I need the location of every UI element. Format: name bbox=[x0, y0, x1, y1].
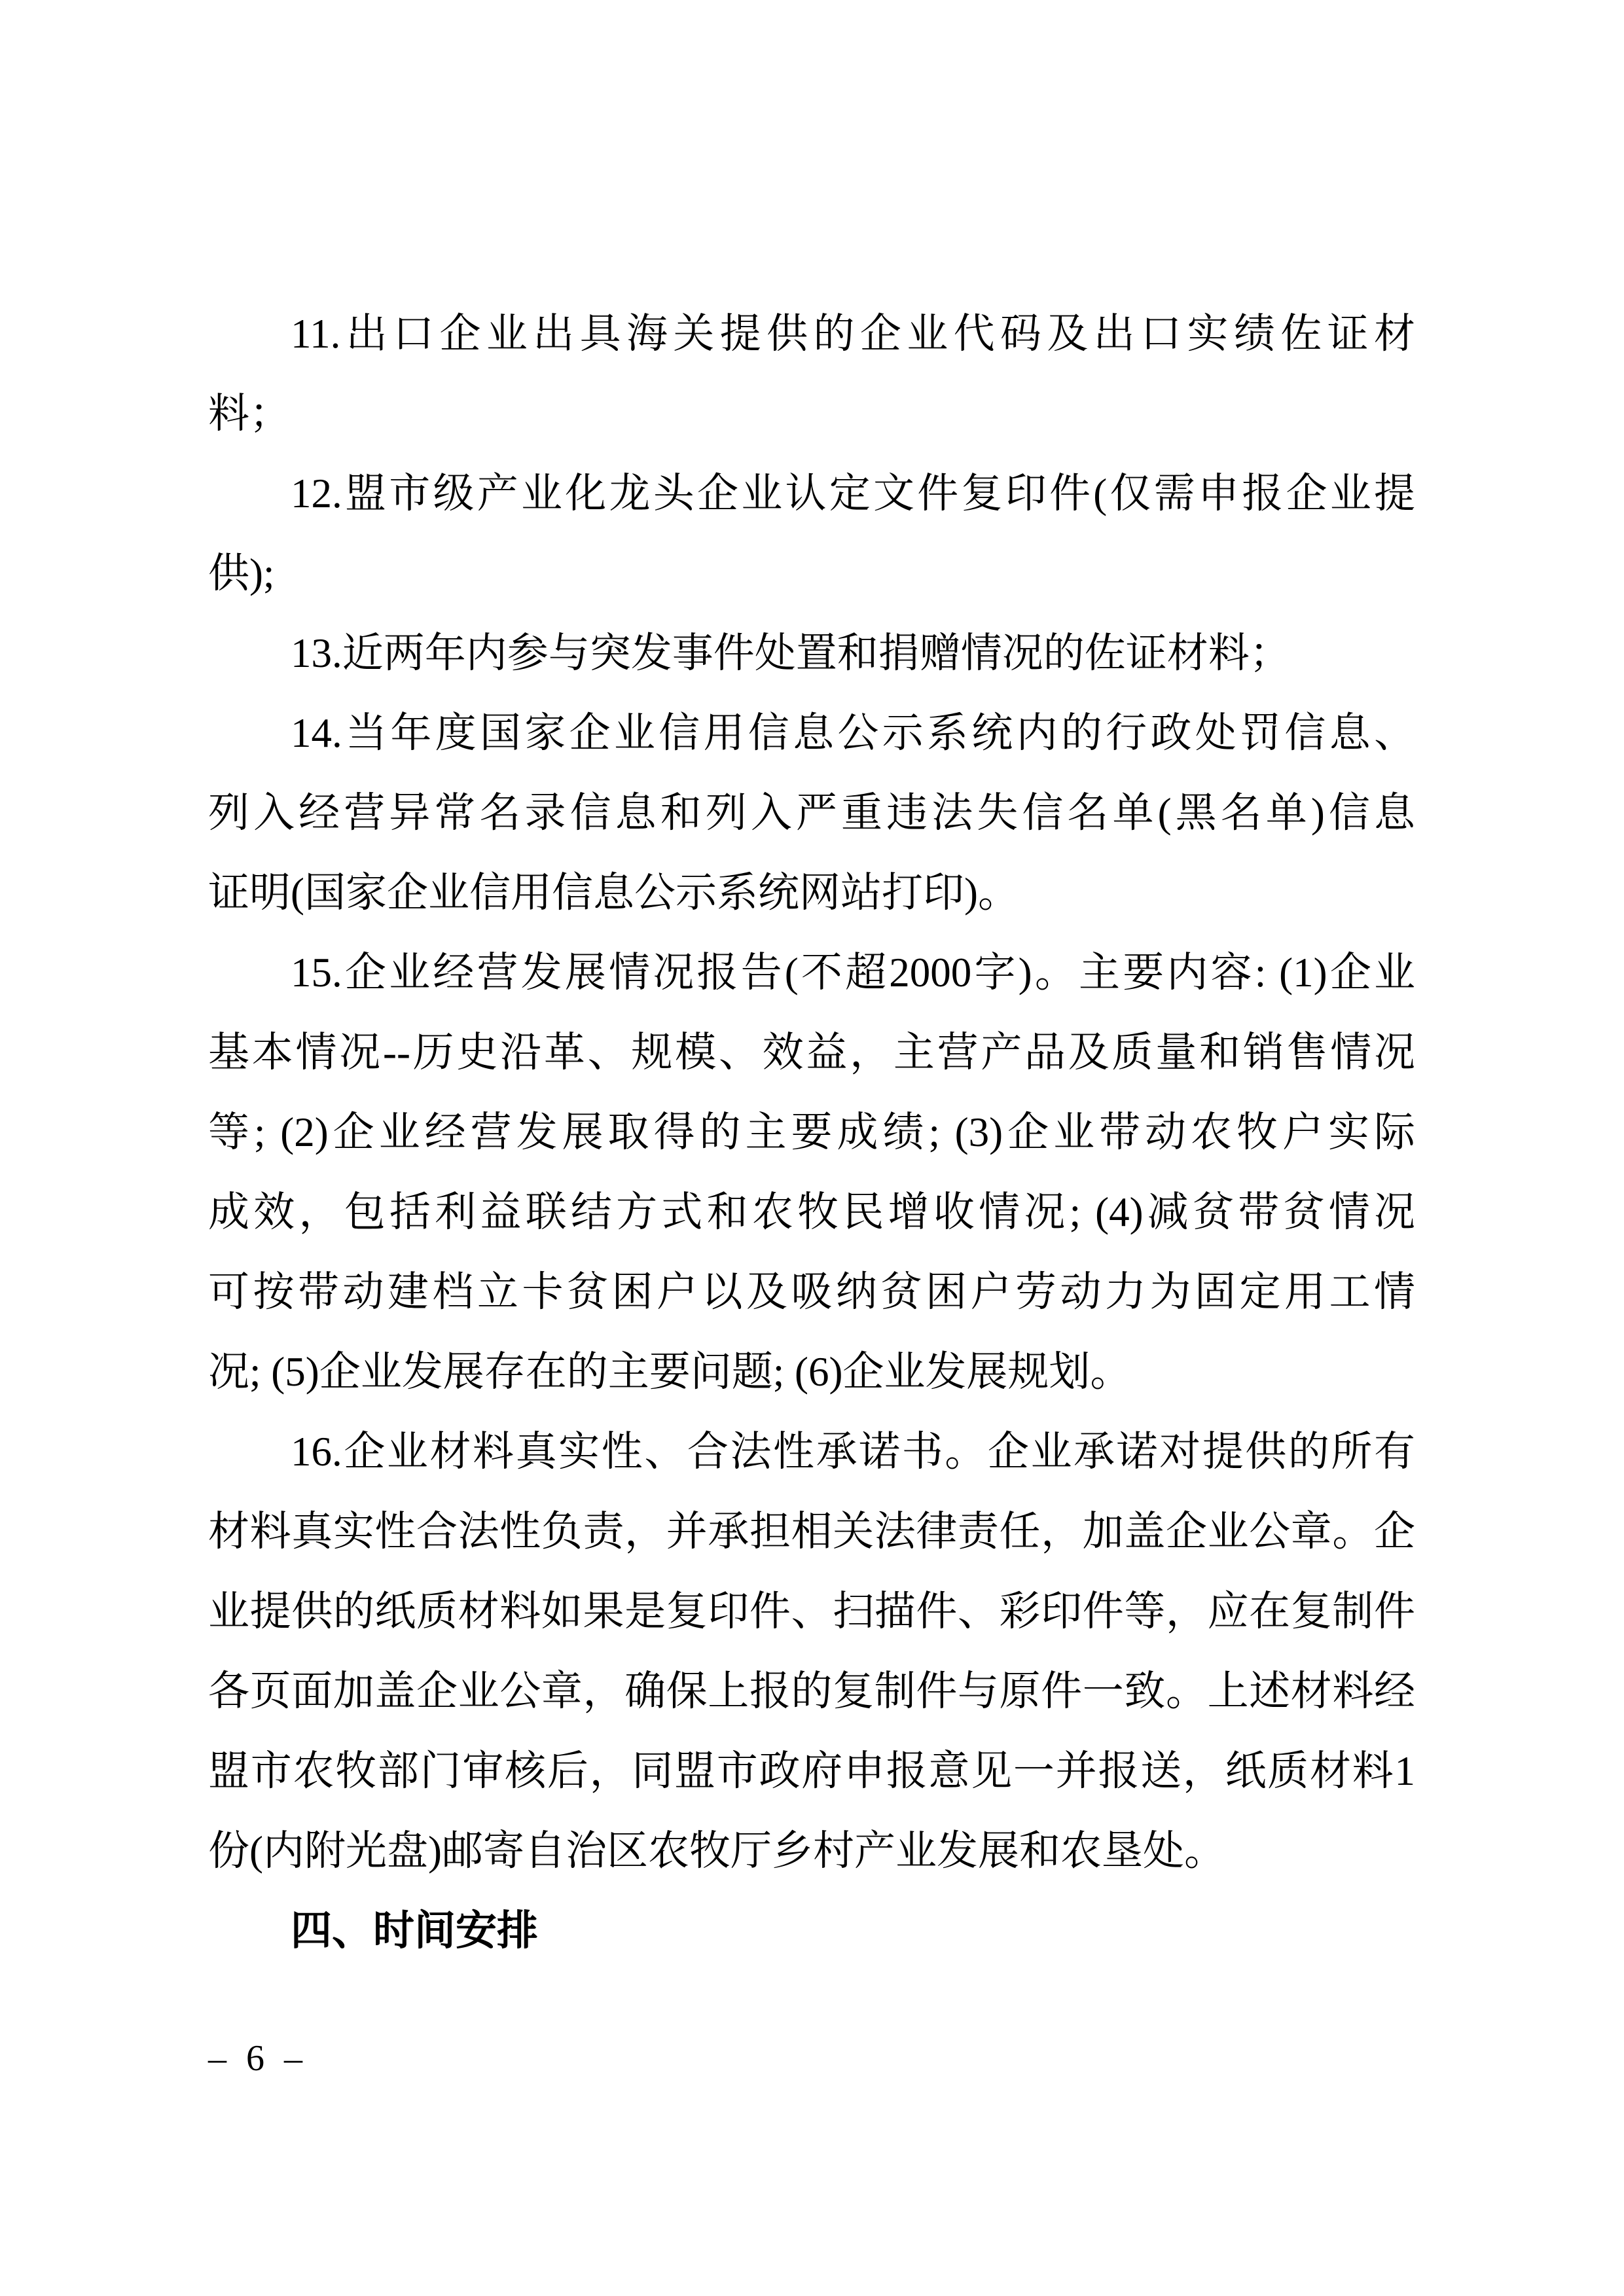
text-line: 份(内附光盘)邮寄自治区农牧厅乡村产业发展和农垦处。 bbox=[208, 1811, 1415, 1891]
section-heading: 四、时间安排 bbox=[208, 1891, 1415, 1971]
paragraph-item-15: 15.企业经营发展情况报告(不超2000字)。主要内容: (1)企业基本情况--… bbox=[208, 933, 1415, 1412]
text-line: 16.企业材料真实性、合法性承诺书。企业承诺对提供的所有 bbox=[208, 1412, 1415, 1492]
paragraph-item-13: 13.近两年内参与突发事件处置和捐赠情况的佐证材料； bbox=[208, 613, 1415, 693]
text-line: 11.出口企业出具海关提供的企业代码及出口实绩佐证材 bbox=[208, 294, 1415, 374]
text-line: 成效，包括利益联结方式和农牧民增收情况; (4)减贫带贫情况 bbox=[208, 1172, 1415, 1252]
text-line: 列入经营异常名录信息和列入严重违法失信名单(黑名单)信息 bbox=[208, 773, 1415, 853]
page-number: – 6 – bbox=[208, 2032, 308, 2085]
text-line: 12.盟市级产业化龙头企业认定文件复印件(仅需申报企业提 bbox=[208, 454, 1415, 533]
text-line: 各页面加盖企业公章，确保上报的复制件与原件一致。上述材料经 bbox=[208, 1651, 1415, 1731]
paragraph-item-12: 12.盟市级产业化龙头企业认定文件复印件(仅需申报企业提供); bbox=[208, 454, 1415, 613]
text-line: 基本情况--历史沿革、规模、效益，主营产品及质量和销售情况 bbox=[208, 1013, 1415, 1092]
paragraph-item-16: 16.企业材料真实性、合法性承诺书。企业承诺对提供的所有材料真实性合法性负责，并… bbox=[208, 1412, 1415, 1891]
text-line: 盟市农牧部门审核后，同盟市政府申报意见一并报送，纸质材料1 bbox=[208, 1731, 1415, 1811]
paragraph-item-14: 14.当年度国家企业信用信息公示系统内的行政处罚信息、列入经营异常名录信息和列入… bbox=[208, 693, 1415, 933]
paragraph-item-11: 11.出口企业出具海关提供的企业代码及出口实绩佐证材料； bbox=[208, 294, 1415, 454]
text-line: 证明(国家企业信用信息公示系统网站打印)。 bbox=[208, 853, 1415, 933]
document-page: 11.出口企业出具海关提供的企业代码及出口实绩佐证材料；12.盟市级产业化龙头企… bbox=[0, 0, 1624, 2296]
document-body: 11.出口企业出具海关提供的企业代码及出口实绩佐证材料；12.盟市级产业化龙头企… bbox=[208, 294, 1415, 1971]
text-line: 等; (2)企业经营发展取得的主要成绩; (3)企业带动农牧户实际 bbox=[208, 1092, 1415, 1172]
text-line: 料； bbox=[208, 374, 1415, 454]
text-line: 15.企业经营发展情况报告(不超2000字)。主要内容: (1)企业 bbox=[208, 933, 1415, 1013]
text-line: 材料真实性合法性负责，并承担相关法律责任，加盖企业公章。企 bbox=[208, 1492, 1415, 1571]
text-line: 业提供的纸质材料如果是复印件、扫描件、彩印件等，应在复制件 bbox=[208, 1571, 1415, 1651]
text-line: 况; (5)企业发展存在的主要问题; (6)企业发展规划。 bbox=[208, 1332, 1415, 1412]
text-line: 13.近两年内参与突发事件处置和捐赠情况的佐证材料； bbox=[208, 613, 1415, 693]
text-line: 14.当年度国家企业信用信息公示系统内的行政处罚信息、 bbox=[208, 693, 1415, 773]
text-line: 供); bbox=[208, 533, 1415, 613]
text-line: 可按带动建档立卡贫困户以及吸纳贫困户劳动力为固定用工情 bbox=[208, 1252, 1415, 1332]
